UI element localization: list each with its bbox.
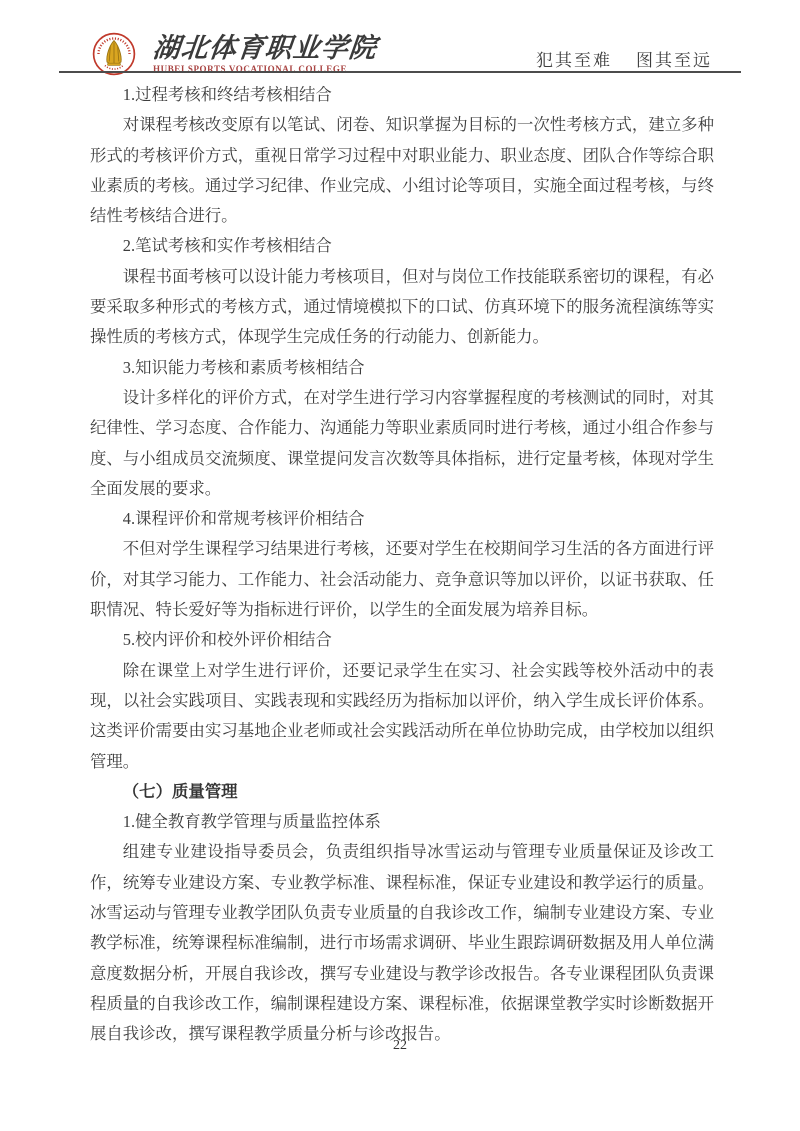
college-motto: 犯其至难图其至远 — [536, 51, 712, 71]
section-paragraph: 不但对学生课程学习结果进行考核，还要对学生在校期间学习生活的各方面进行评价，对其… — [90, 534, 714, 625]
section-heading: 4.课程评价和常规考核评价相结合 — [90, 504, 714, 534]
college-name-zh: 湖北体育职业学院 — [151, 33, 414, 63]
page-footer: 22 — [0, 1038, 800, 1054]
section-course-vs-regular: 4.课程评价和常规考核评价相结合 不但对学生课程学习结果进行考核，还要对学生在校… — [90, 504, 714, 625]
section-process-vs-final: 1.过程考核和终结考核相结合 对课程考核改变原有以笔试、闭卷、知识掌握为目标的一… — [90, 80, 714, 231]
motto-left: 犯其至难 — [536, 51, 612, 70]
section-written-vs-practical: 2.笔试考核和实作考核相结合 课程书面考核可以设计能力考核项目，但对与岗位工作技… — [90, 231, 714, 352]
document-body: 1.过程考核和终结考核相结合 对课程考核改变原有以笔试、闭卷、知识掌握为目标的一… — [90, 80, 714, 1050]
section-heading: 5.校内评价和校外评价相结合 — [90, 625, 714, 655]
section-heading: 2.笔试考核和实作考核相结合 — [90, 231, 714, 261]
section-heading: 1.过程考核和终结考核相结合 — [90, 80, 714, 110]
section-heading: 3.知识能力考核和素质考核相结合 — [90, 353, 714, 383]
section-internal-vs-external: 5.校内评价和校外评价相结合 除在课堂上对学生进行评价，还要记录学生在实习、社会… — [90, 625, 714, 776]
section-quality-management: （七）质量管理 — [90, 777, 714, 807]
section-knowledge-vs-quality: 3.知识能力考核和素质考核相结合 设计多样化的评价方式，在对学生进行学习内容掌握… — [90, 353, 714, 504]
college-seal-icon — [92, 32, 136, 76]
section-paragraph: 设计多样化的评价方式，在对学生进行学习内容掌握程度的考核测试的同时，对其纪律性、… — [90, 383, 714, 504]
college-name-block: 湖北体育职业学院 HUBEI SPORTS VOCATIONAL COLLEGE — [153, 33, 413, 74]
header-divider — [59, 71, 741, 73]
section-paragraph: 对课程考核改变原有以笔试、闭卷、知识掌握为目标的一次性考核方式，建立多种形式的考… — [90, 110, 714, 231]
section-heading-bold: （七）质量管理 — [90, 777, 714, 807]
section-paragraph: 除在课堂上对学生进行评价，还要记录学生在实习、社会实践等校外活动中的表现，以社会… — [90, 656, 714, 777]
page-number: 22 — [393, 1038, 407, 1053]
section-paragraph: 组建专业建设指导委员会，负责组织指导冰雪运动与管理专业质量保证及诊改工作，统筹专… — [90, 837, 714, 1049]
motto-right: 图其至远 — [636, 51, 712, 70]
section-quality-monitoring-system: 1.健全教育教学管理与质量监控体系 组建专业建设指导委员会，负责组织指导冰雪运动… — [90, 807, 714, 1049]
section-heading: 1.健全教育教学管理与质量监控体系 — [90, 807, 714, 837]
document-page: 湖北体育职业学院 HUBEI SPORTS VOCATIONAL COLLEGE… — [0, 0, 800, 1131]
section-paragraph: 课程书面考核可以设计能力考核项目，但对与岗位工作技能联系密切的课程，有必要采取多… — [90, 262, 714, 353]
